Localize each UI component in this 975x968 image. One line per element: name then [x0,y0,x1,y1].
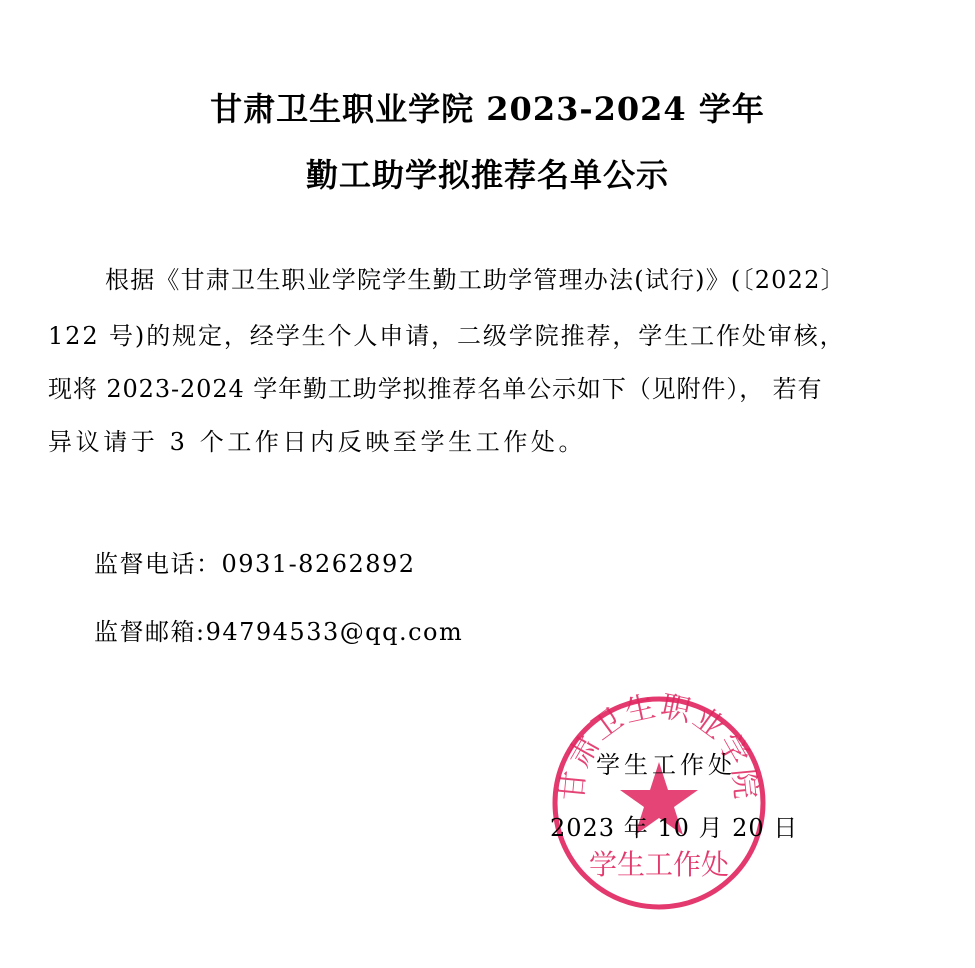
paragraph-line: 122 号)的规定，经学生个人申请，二级学院推荐，学生工作处审核， [48,320,846,352]
signature-date: 2023 年 10 月 20 日 [550,812,798,844]
signature-department: 学生工作处 [596,749,736,781]
paragraph-line: 异议请于 3 个工作日内反映至学生工作处。 [48,426,586,458]
paragraph-line: 现将 2023-2024 学年勤工助学拟推荐名单公示如下（见附件）， 若有 [48,373,822,405]
document-title-line1: 甘肃卫生职业学院 2023-2024 学年 [0,89,975,129]
svg-text:学生工作处: 学生工作处 [589,848,729,881]
supervision-email: 监督邮箱:94794533@qq.com [94,616,463,648]
supervision-phone: 监督电话：0931-8262892 [94,548,416,580]
official-seal-icon: 甘肃卫生职业学院 学生工作处 [548,692,770,914]
document-title-line2: 勤工助学拟推荐名单公示 [0,155,975,195]
paragraph-line: 根据《甘肃卫生职业学院学生勤工助学管理办法(试行)》(〔2022〕 [105,264,846,296]
